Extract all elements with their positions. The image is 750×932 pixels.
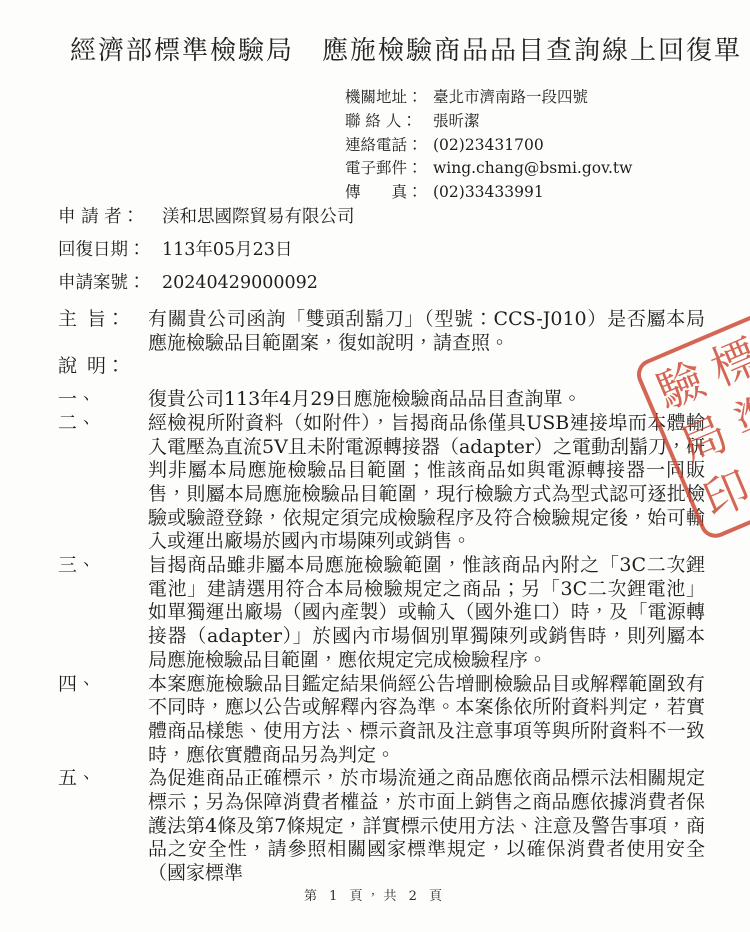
seal-character: 準 (719, 378, 750, 455)
agency-address-row: 機關地址：臺北市濟南路一段四號 (345, 86, 632, 110)
list-item-1-number: 一、 (58, 388, 148, 412)
list-item-2-number: 二、 (58, 412, 148, 436)
list-item-4-number: 四、 (58, 673, 148, 697)
subject-label-second: 旨： (87, 308, 125, 332)
agency-fax-row: 傳 真：(02)33433991 (345, 181, 632, 205)
applicant-name-label: 申 請 者： (58, 201, 162, 234)
case-number-row: 申請案號：20240429000092 (58, 267, 355, 300)
seal-character: 檢 (742, 432, 750, 509)
applicant-block: 申 請 者：渼和思國際貿易有限公司 回復日期：113年05月23日 申請案號：2… (58, 201, 355, 300)
list-item-1: 一、 復貴公司113年4月29日應施檢驗商品品目查詢單。 (58, 388, 705, 412)
explanation-label: 說 明： (58, 355, 148, 379)
agency-contact-block: 機關地址：臺北市濟南路一段四號 聯 絡 人：張昕潔 連絡電話：(02)23431… (345, 86, 632, 205)
agency-phone-value: (02)23431700 (433, 136, 544, 154)
reply-date-row: 回復日期：113年05月23日 (58, 234, 355, 267)
list-item-1-text: 復貴公司113年4月29日應施檢驗商品品目查詢單。 (148, 388, 705, 412)
list-item-4-text: 本案應施檢驗品目鑑定結果倘經公告增刪檢驗品目或解釋範圍致有不同時，應以公告或解釋… (148, 673, 705, 768)
agency-fax-label: 傳 真： (345, 181, 431, 205)
agency-address-label: 機關地址： (345, 86, 431, 110)
applicant-name-row: 申 請 者：渼和思國際貿易有限公司 (58, 201, 355, 234)
agency-phone-label: 連絡電話： (345, 134, 431, 158)
list-item-3-number: 三、 (58, 554, 148, 578)
explanation-label-second: 明： (87, 355, 125, 379)
list-item-5: 五、 為促進商品正確標示，於市場流通之商品應依商品標示法相關規定標示；另為保障消… (58, 767, 705, 886)
reply-date-label: 回復日期： (58, 234, 162, 267)
agency-email-row: 電子郵件：wing.chang@bsmi.gov.tw (345, 157, 632, 181)
agency-email-label: 電子郵件： (345, 157, 431, 181)
case-number-value: 20240429000092 (162, 273, 318, 293)
subject-section: 主 旨： 有關貴公司函詢「雙頭刮鬍刀」（型號：CCS-J010）是否屬本局應施檢… (58, 308, 705, 355)
explanation-section: 說 明： (58, 355, 705, 379)
letter-body: 主 旨： 有關貴公司函詢「雙頭刮鬍刀」（型號：CCS-J010）是否屬本局應施檢… (58, 308, 705, 886)
list-item-5-number: 五、 (58, 767, 148, 791)
agency-contact-person-label: 聯 絡 人： (345, 110, 431, 134)
document-title: 經濟部標準檢驗局 應施檢驗商品品目查詢線上回復單 (70, 30, 742, 67)
subject-text: 有關貴公司函詢「雙頭刮鬍刀」（型號：CCS-J010）是否屬本局應施檢驗品目範圍… (148, 308, 705, 355)
page-footer: 第 1 頁，共 2 頁 (0, 885, 750, 904)
explanation-label-first: 說 (58, 355, 77, 379)
agency-contact-person-row: 聯 絡 人：張昕潔 (345, 110, 632, 134)
agency-phone-row: 連絡電話：(02)23431700 (345, 134, 632, 158)
list-item-2-text: 經檢視所附資料（如附件），旨揭商品係僅具USB連接埠而本體輸入電壓為直流5V且未… (148, 412, 705, 554)
case-number-label: 申請案號： (58, 267, 162, 300)
list-item-2: 二、 經檢視所附資料（如附件），旨揭商品係僅具USB連接埠而本體輸入電壓為直流5… (58, 412, 705, 554)
agency-contact-person-value: 張昕潔 (433, 112, 480, 130)
list-item-5-text: 為促進商品正確標示，於市場流通之商品應依商品標示法相關規定標示；另為保障消費者權… (148, 767, 705, 886)
list-item-3: 三、 旨揭商品雖非屬本局應施檢驗範圍，惟該商品內附之「3C二次鋰電池」建請選用符… (58, 554, 705, 673)
list-item-4: 四、 本案應施檢驗品目鑑定結果倘經公告增刪檢驗品目或解釋範圍致有不同時，應以公告… (58, 673, 705, 768)
reply-date-value: 113年05月23日 (162, 240, 292, 260)
subject-label-first: 主 (58, 308, 77, 332)
document-page: 經濟部標準檢驗局 應施檢驗商品品目查詢線上回復單 機關地址：臺北市濟南路一段四號… (0, 0, 750, 932)
list-item-3-text: 旨揭商品雖非屬本局應施檢驗範圍，惟該商品內附之「3C二次鋰電池」建請選用符合本局… (148, 554, 705, 673)
subject-label: 主 旨： (58, 308, 148, 332)
agency-fax-value: (02)33433991 (433, 183, 544, 201)
agency-email-value: wing.chang@bsmi.gov.tw (433, 159, 632, 177)
agency-address-value: 臺北市濟南路一段四號 (433, 88, 588, 106)
applicant-name-value: 渼和思國際貿易有限公司 (162, 207, 355, 227)
